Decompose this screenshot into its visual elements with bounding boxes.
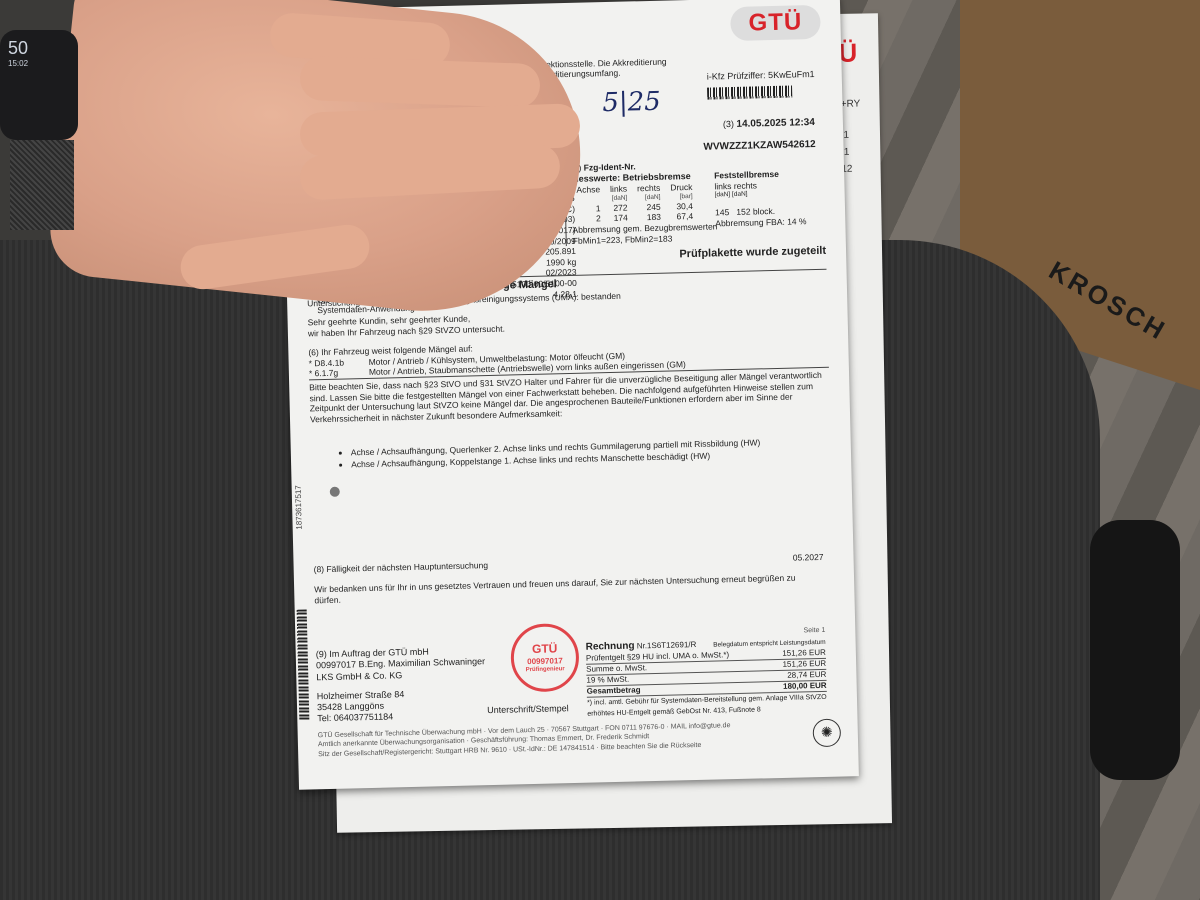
vehicle-fin: WVWZZZ1KZAW542612 bbox=[703, 139, 816, 154]
barcode-icon bbox=[707, 86, 792, 100]
pruefziffer: i-Kfz Prüfziffer: 5KwEuFm1 bbox=[707, 69, 815, 83]
gtue-logo: GTÜ bbox=[730, 5, 821, 41]
inspection-datetime: (3) 14.05.2025 12:34 bbox=[723, 117, 815, 132]
invoice-block: Seite 1 Rechnung Nr.1S6T12691/RBelegdatu… bbox=[585, 627, 827, 720]
side-barcode-icon bbox=[297, 610, 310, 720]
handwritten-note: 5|25 bbox=[602, 86, 661, 120]
hints-list: Achse / Achsaufhängung, Querlenker 2. Ac… bbox=[311, 434, 871, 473]
next-inspection: (8) Fälligkeit der nächsten Hauptuntersu… bbox=[314, 552, 824, 575]
issuer-block: (9) Im Auftrag der GTÜ mbH 00997017 B.En… bbox=[316, 645, 508, 725]
punch-hole bbox=[330, 487, 340, 497]
side-code: 1873617517 bbox=[294, 485, 305, 530]
watch-strap bbox=[10, 140, 74, 230]
finger bbox=[299, 56, 540, 108]
badge-assigned: Prüfplakette wurde zugeteilt bbox=[679, 245, 826, 262]
thanks-text: Wir bedanken uns für Ihr in uns gesetzte… bbox=[314, 572, 814, 605]
parking-brake: Feststellbremse links rechts [daN] [daN]… bbox=[714, 157, 836, 230]
smartwatch: 5015:02 bbox=[0, 30, 78, 140]
brake-table: AchselinksrechtsDruck [daN][daN][bar] 12… bbox=[571, 182, 698, 225]
chair-armrest bbox=[1090, 520, 1180, 780]
seal-icon: ✺ bbox=[812, 719, 841, 748]
company-footer: GTÜ Gesellschaft für Technische Überwach… bbox=[318, 720, 789, 760]
inspector-stamp: GTÜ 00997017 Prüfingenieur bbox=[510, 623, 580, 693]
signature-label: Unterschrift/Stempel bbox=[487, 703, 569, 716]
